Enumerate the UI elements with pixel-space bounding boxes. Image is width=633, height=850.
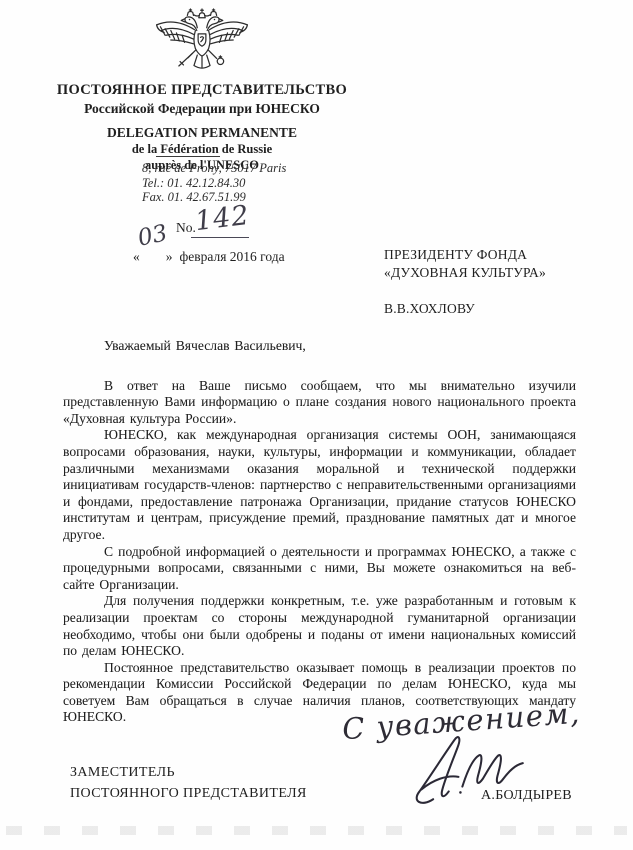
salutation: Уважаемый Вячеслав Васильевич,	[63, 338, 576, 355]
body-paragraph-3: С подробной информацией о деятельности и…	[63, 544, 576, 594]
addressee-line2: «ДУХОВНАЯ КУЛЬТУРА»	[384, 264, 546, 282]
signer-title: ЗАМЕСТИТЕЛЬ ПОСТОЯННОГО ПРЕДСТАВИТЕЛЯ	[70, 763, 307, 804]
fax-line: Fax. 01. 42.67.51.99	[142, 190, 286, 205]
signer-title-line2: ПОСТОЯННОГО ПРЕДСТАВИТЕЛЯ	[70, 784, 307, 805]
letterhead: ПОСТОЯННОЕ ПРЕДСТАВИТЕЛЬСТВО Российской …	[40, 5, 364, 173]
signer-name: А.БОЛДЫРЕВ	[481, 788, 572, 804]
date-quote-open: «	[133, 249, 140, 264]
scan-artifact	[6, 826, 627, 835]
org-name-fr-line2: de la Fédération de Russie	[40, 142, 364, 157]
address-line: 8, rue de Prony, 75017 Paris	[142, 161, 286, 176]
date-day-handwritten: 03	[136, 220, 170, 252]
body-paragraph-4: Для получения поддержки конкретным, т.е.…	[63, 593, 576, 659]
body-paragraph-2: ЮНЕСКО, как международная организация си…	[63, 427, 576, 543]
date-text: февраля 2016 года	[180, 249, 285, 264]
date-line: «»февраля 2016 года	[133, 249, 285, 265]
reference-number-label: No.	[176, 220, 196, 236]
addressee-line1: ПРЕЗИДЕНТУ ФОНДА	[384, 246, 546, 264]
org-name-ru-line1: ПОСТОЯННОЕ ПРЕДСТАВИТЕЛЬСТВО	[40, 82, 364, 99]
contact-block: 8, rue de Prony, 75017 Paris Tel.: 01. 4…	[142, 156, 286, 205]
reference-number-handwritten: 142	[193, 200, 251, 237]
letter-body: Уважаемый Вячеслав Васильевич, В ответ н…	[63, 338, 576, 726]
addressee-block: ПРЕЗИДЕНТУ ФОНДА «ДУХОВНАЯ КУЛЬТУРА» В.В…	[384, 246, 546, 318]
body-paragraph-1: В ответ на Ваше письмо сообщаем, что мы …	[63, 378, 576, 428]
addressee-name: В.В.ХОХЛОВУ	[384, 300, 546, 318]
tel-line: Tel.: 01. 42.12.84.30	[142, 176, 286, 191]
russia-coat-of-arms-icon	[150, 5, 254, 75]
org-name-fr-line1: DELEGATION PERMANENTE	[40, 125, 364, 141]
separator-line	[156, 156, 220, 157]
reference-number-underline	[191, 237, 249, 238]
org-name-ru-line2: Российской Федерации при ЮНЕСКО	[40, 101, 364, 117]
date-quote-close: »	[166, 249, 173, 264]
letter-document: ПОСТОЯННОЕ ПРЕДСТАВИТЕЛЬСТВО Российской …	[0, 0, 633, 850]
signer-title-line1: ЗАМЕСТИТЕЛЬ	[70, 763, 307, 784]
